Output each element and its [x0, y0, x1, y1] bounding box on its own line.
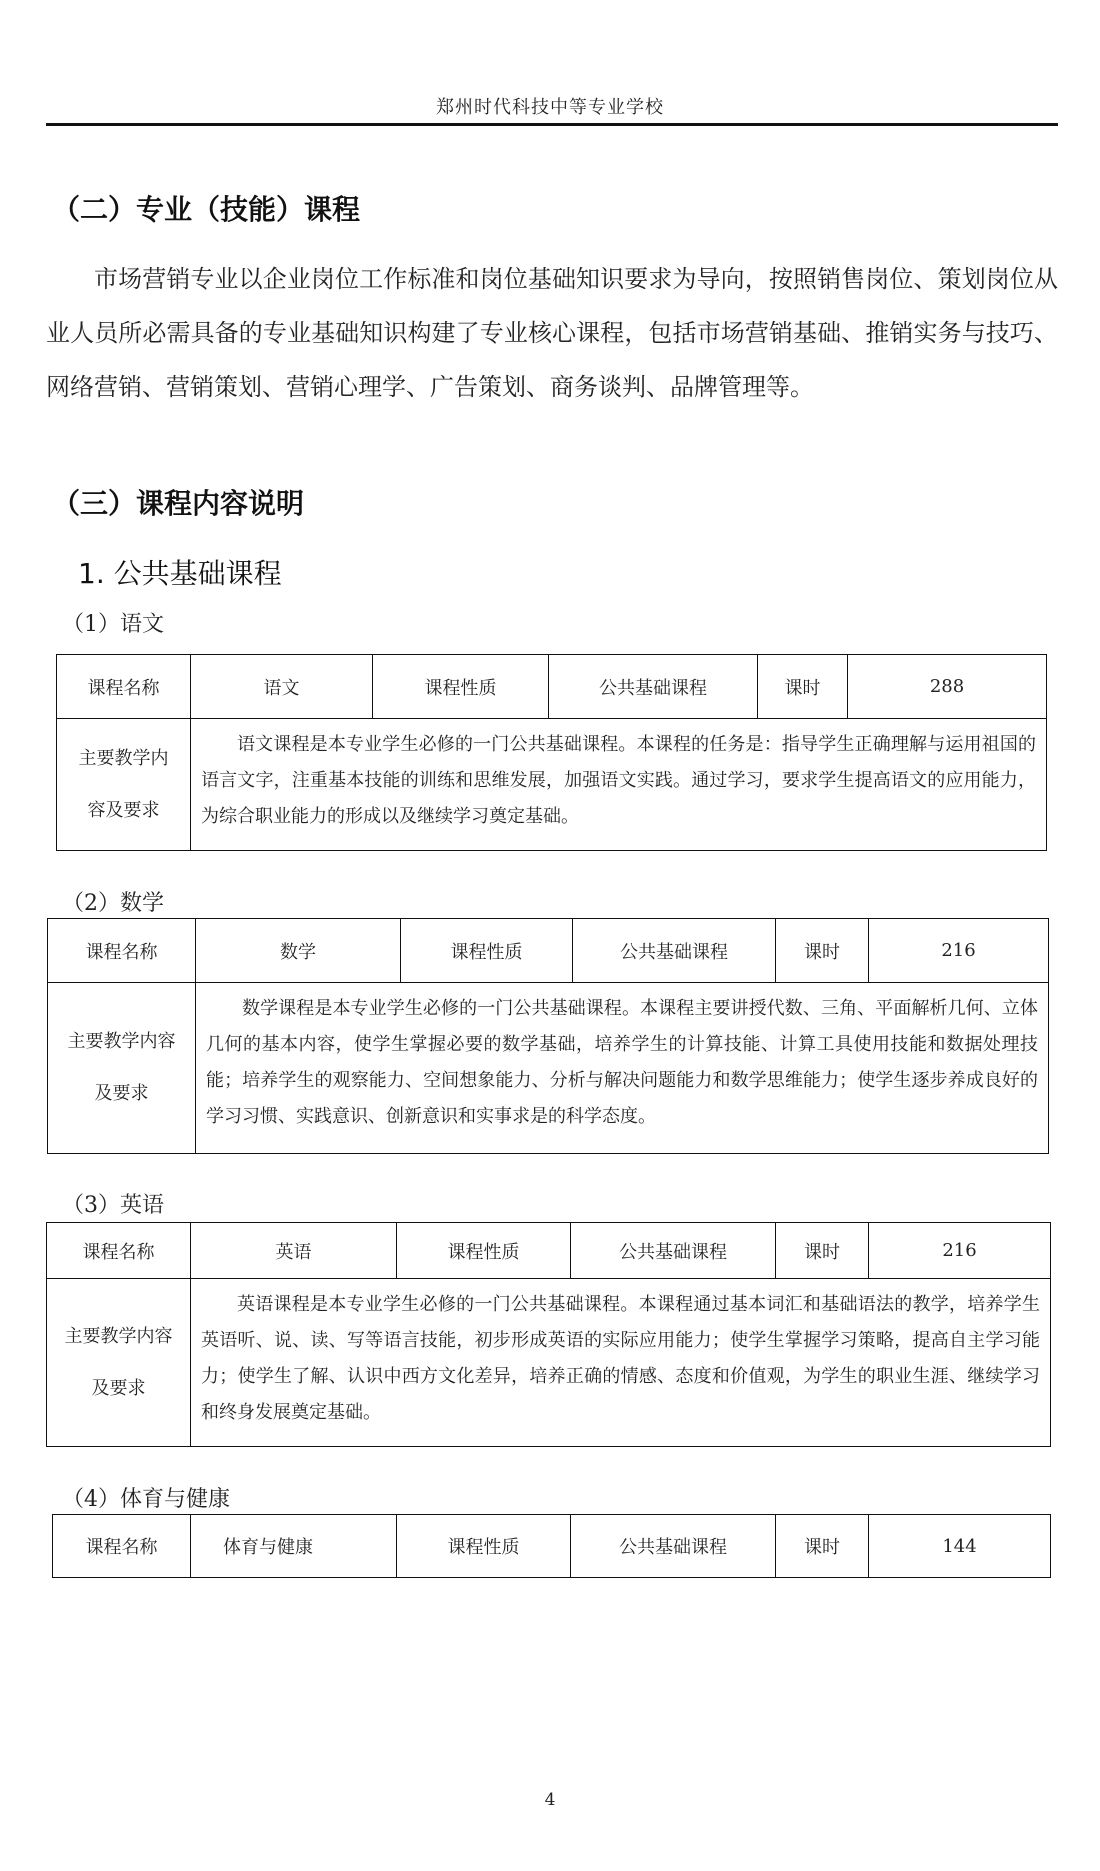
course-heading-english: （3）英语 [62, 1188, 164, 1219]
subsection-heading-public-courses: 1. 公共基础课程 [78, 552, 282, 592]
course-content-description: 英语课程是本专业学生必修的一门公共基础课程。本课程通过基本词汇和基础语法的教学，… [191, 1279, 1051, 1447]
course-heading-math: （2）数学 [62, 886, 164, 917]
course-hours-label: 课时 [776, 1515, 869, 1578]
course-type-value: 公共基础课程 [571, 1223, 776, 1279]
course-hours-label: 课时 [758, 655, 848, 719]
course-type-label: 课程性质 [373, 655, 549, 719]
course-content-label: 主要教学内容及要求 [47, 1279, 191, 1447]
course-table-chinese: 课程名称 语文 课程性质 公共基础课程 课时 288 主要教学内容及要求 语文课… [56, 654, 1047, 851]
course-hours-value: 216 [869, 919, 1049, 983]
section-heading-course-content: （三）课程内容说明 [52, 482, 304, 522]
course-hours-value: 216 [869, 1223, 1051, 1279]
page-number: 4 [0, 1790, 1100, 1810]
course-hours-label: 课时 [776, 1223, 869, 1279]
course-content-description: 语文课程是本专业学生必修的一门公共基础课程。本课程的任务是：指导学生正确理解与运… [191, 719, 1047, 851]
section-paragraph-professional-courses: 市场营销专业以企业岗位工作标准和岗位基础知识要求为导向，按照销售岗位、策划岗位从… [46, 252, 1058, 414]
course-content-label: 主要教学内容及要求 [48, 983, 196, 1154]
course-content-description: 数学课程是本专业学生必修的一门公共基础课程。本课程主要讲授代数、三角、平面解析几… [196, 983, 1049, 1154]
course-type-label: 课程性质 [397, 1223, 571, 1279]
course-name-label: 课程名称 [53, 1515, 191, 1578]
document-header-school-name: 郑州时代科技中等专业学校 [0, 93, 1100, 119]
course-heading-pe-health: （4）体育与健康 [62, 1482, 230, 1513]
section-heading-professional-courses: （二）专业（技能）课程 [52, 188, 360, 228]
course-name-value: 体育与健康 [191, 1515, 397, 1578]
course-name-label: 课程名称 [57, 655, 191, 719]
course-name-label: 课程名称 [48, 919, 196, 983]
course-content-label: 主要教学内容及要求 [57, 719, 191, 851]
course-name-label: 课程名称 [47, 1223, 191, 1279]
header-divider [46, 123, 1058, 126]
course-hours-value: 144 [869, 1515, 1051, 1578]
course-type-label: 课程性质 [397, 1515, 571, 1578]
course-hours-value: 288 [848, 655, 1047, 719]
course-name-value: 英语 [191, 1223, 397, 1279]
course-heading-chinese: （1）语文 [62, 607, 164, 638]
course-name-value: 数学 [196, 919, 401, 983]
course-name-value: 语文 [191, 655, 373, 719]
course-table-math: 课程名称 数学 课程性质 公共基础课程 课时 216 主要教学内容及要求 数学课… [47, 918, 1049, 1154]
course-hours-label: 课时 [776, 919, 869, 983]
course-table-pe-health: 课程名称 体育与健康 课程性质 公共基础课程 课时 144 [52, 1514, 1051, 1578]
course-type-value: 公共基础课程 [571, 1515, 776, 1578]
course-table-english: 课程名称 英语 课程性质 公共基础课程 课时 216 主要教学内容及要求 英语课… [46, 1222, 1051, 1447]
course-type-value: 公共基础课程 [573, 919, 776, 983]
course-type-value: 公共基础课程 [549, 655, 758, 719]
course-type-label: 课程性质 [401, 919, 573, 983]
